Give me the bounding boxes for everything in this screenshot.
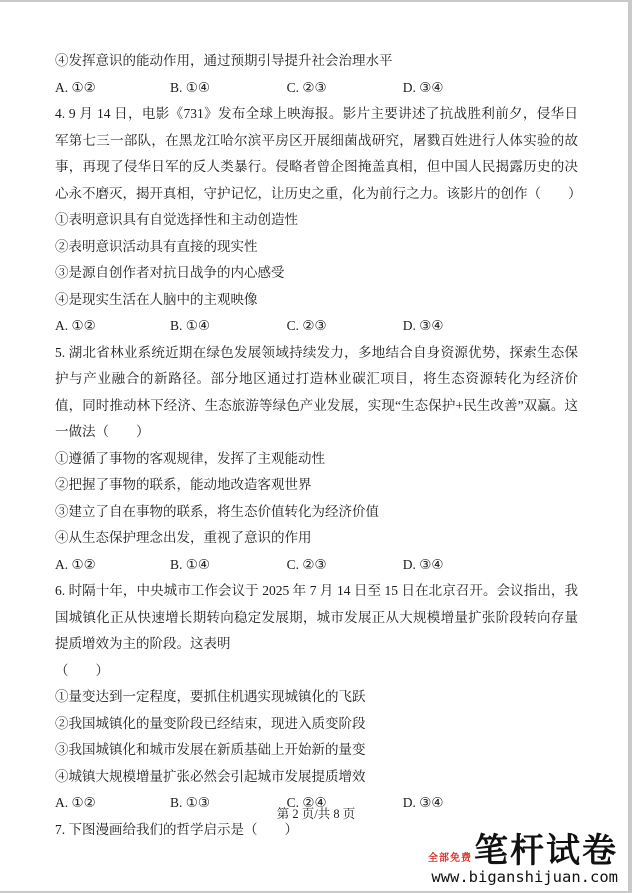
question-5-block: 5. 湖北省林业系统近期在绿色发展领域持续发力，多地结合自身资源优势，探索生态保…	[55, 340, 578, 579]
watermark-url: www.biganshijuan.com	[428, 870, 618, 886]
option-item: ②把握了事物的联系，能动地改造客观世界	[55, 472, 578, 499]
choice-row: A. ①② B. ①④ C. ②③ D. ③④	[55, 75, 578, 102]
option-item: ①表明意识具有自觉选择性和主动创造性	[55, 207, 578, 234]
question-4-block: 4. 9 月 14 日，电影《731》发布全球上映海报。影片主要讲述了抗战胜利前…	[55, 101, 578, 340]
question-stem-paren: （ ）	[55, 658, 578, 685]
option-item: ①量变达到一定程度，要抓住机遇实现城镇化的飞跃	[55, 684, 578, 711]
page-number: 第 2 页/共 8 页	[0, 804, 632, 822]
question-stem: 6. 时隔十年，中央城市工作会议于 2025 年 7 月 14 日至 15 日在…	[55, 578, 578, 658]
choice-b: B. ①④	[170, 552, 287, 579]
choice-d: D. ③④	[403, 75, 578, 102]
choice-row: A. ①② B. ①④ C. ②③ D. ③④	[55, 552, 578, 579]
choice-a: A. ①②	[55, 75, 170, 102]
choice-c: C. ②③	[287, 552, 403, 579]
question-stem: 5. 湖北省林业系统近期在绿色发展领域持续发力，多地结合自身资源优势，探索生态保…	[55, 340, 578, 446]
option-item: ②表明意识活动具有直接的现实性	[55, 234, 578, 261]
choice-b: B. ①④	[170, 313, 287, 340]
choice-a: A. ①②	[55, 552, 170, 579]
option-item: ②我国城镇化的量变阶段已经结束，现进入质变阶段	[55, 711, 578, 738]
choice-d: D. ③④	[403, 313, 578, 340]
option-item: ③是源自创作者对抗日战争的内心感受	[55, 260, 578, 287]
option-item: ①遵循了事物的客观规律，发挥了主观能动性	[55, 446, 578, 473]
question-6-block: 6. 时隔十年，中央城市工作会议于 2025 年 7 月 14 日至 15 日在…	[55, 578, 578, 817]
choice-a: A. ①②	[55, 313, 170, 340]
option-item: ④从生态保护理念出发，重视了意识的作用	[55, 525, 578, 552]
choice-row: A. ①② B. ①④ C. ②③ D. ③④	[55, 313, 578, 340]
option-item: ③建立了自在事物的联系，将生态价值转化为经济价值	[55, 499, 578, 526]
option-item: ③我国城镇化和城市发展在新质基础上开始新的量变	[55, 737, 578, 764]
choice-c: C. ②③	[287, 75, 403, 102]
question-stem: 4. 9 月 14 日，电影《731》发布全球上映海报。影片主要讲述了抗战胜利前…	[55, 101, 578, 207]
carryover-block: ④发挥意识的能动作用，通过预期引导提升社会治理水平 A. ①② B. ①④ C.…	[55, 48, 578, 101]
watermark-brand-logo: 笔杆试卷	[474, 834, 618, 868]
option-item: ④城镇大规模增量扩张必然会引起城市发展提质增效	[55, 764, 578, 791]
option-item: ④是现实生活在人脑中的主观映像	[55, 287, 578, 314]
watermark: 全部免费 笔杆试卷 www.biganshijuan.com	[428, 834, 618, 886]
exam-page-content: ④发挥意识的能动作用，通过预期引导提升社会治理水平 A. ①② B. ①④ C.…	[0, 2, 628, 843]
choice-b: B. ①④	[170, 75, 287, 102]
choice-d: D. ③④	[403, 552, 578, 579]
watermark-free-badge: 全部免费	[428, 854, 472, 864]
choice-c: C. ②③	[287, 313, 403, 340]
option-item: ④发挥意识的能动作用，通过预期引导提升社会治理水平	[55, 48, 578, 75]
